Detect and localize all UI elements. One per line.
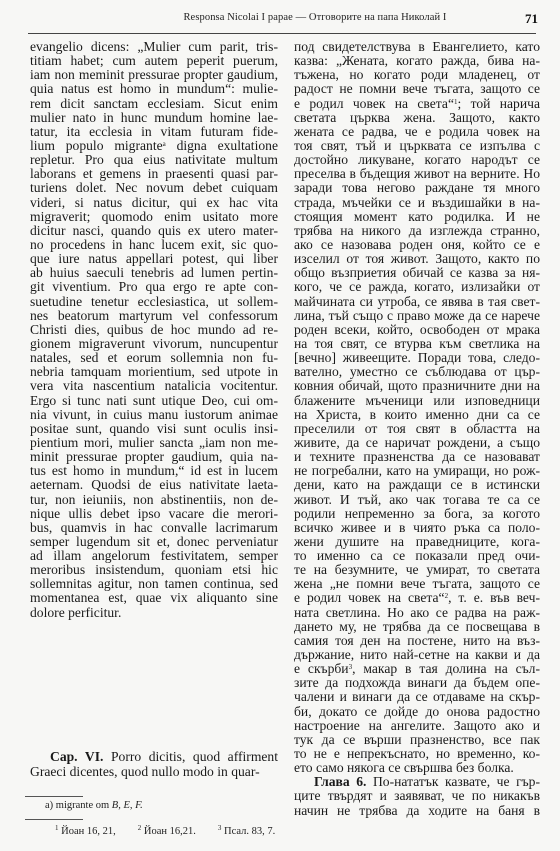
text-line: ето само някога се свършва без болка. — [294, 761, 540, 775]
text-line: лина, тъй също с право може да се нарече — [294, 309, 540, 323]
text-line: то именно са се показали пред очи- — [294, 549, 540, 563]
text-line: тук да се върши празненство, все пак — [294, 733, 540, 747]
text-line: не погребални, като на умиращи, но рож- — [294, 464, 540, 478]
text-line: no procedens in hanc lucem exit, sic quo… — [30, 238, 278, 252]
text-line: laborans et gemens in praesenti quasi pa… — [30, 167, 278, 181]
scripture-reference: 3 Псал. 83, 7. — [218, 826, 275, 837]
text-line: достойно ликуване, когато народът се — [294, 153, 540, 167]
chapter-line: начин не трябва да ходите на баня в — [294, 804, 540, 818]
text-line: на Христа, в които именно дни са се — [294, 408, 540, 422]
text-line: казва: „Жената, когато ражда, бива на- — [294, 54, 540, 68]
text-line: git viventium. Pro qua ergo re apte con- — [30, 280, 278, 294]
text-line: е родил човек на света“1; той нарича — [294, 97, 540, 111]
text-line: под свидетелствува в Евангелието, като — [294, 40, 540, 54]
chapter-label: Cap. VI. — [50, 749, 103, 764]
text-line: блажените мъченици или изповедници — [294, 394, 540, 408]
text-line: би, докато се дойде до онова радостно — [294, 705, 540, 719]
text-line: зите да подхожда винаги да бъдем опе- — [294, 676, 540, 690]
text-line: dolore perficitur. — [30, 606, 278, 620]
text-line: migraverit; quomodo enim usitato more — [30, 210, 278, 224]
text-line: дени, като на раждащи се в истински — [294, 478, 540, 492]
text-line: настроение на ангелите. Защото ако и — [294, 719, 540, 733]
text-line: преселили от тоя свят в областта на — [294, 422, 540, 436]
footnote-rule — [25, 796, 83, 797]
text-line: suetudine tenetur ecclesiastica, ut soll… — [30, 295, 278, 309]
text-line: tur, non ieiuniis, non abstinentiis, non… — [30, 493, 278, 507]
text-line: и техните празненства да се назовават — [294, 450, 540, 464]
scripture-reference: 2 Йоан 16,21. — [138, 826, 196, 837]
text-line: natales, sed et eorum sollemnia non fu- — [30, 351, 278, 365]
text-line: то не е непрекъснато, но временно, ко- — [294, 747, 540, 761]
text-line: titiam habet; cum autem peperit puerum, — [30, 54, 278, 68]
chapter-first-line: Глава 6. По-нататък казвате, че гър- — [294, 775, 540, 789]
text-line: sollemnitas agitur, non tamen continua, … — [30, 577, 278, 591]
text-line: ковния обичай, щото празничните дни на — [294, 379, 540, 393]
chapter-first-line: Cap. VI. Porro dicitis, quod affirment — [30, 750, 278, 765]
text-line: дането му, не трябва да се посвещава в — [294, 620, 540, 634]
text-line: жени душите на праведниците, кога- — [294, 535, 540, 549]
text-line: [вечно] живеещите. Поради това, следо- — [294, 351, 540, 365]
manuscript-sigla: B, E, F. — [112, 800, 143, 811]
text-line: semper lugendum sit et, donec perveniatu… — [30, 535, 278, 549]
text-line: meroribus insistendum, quoniam etsi hic — [30, 563, 278, 577]
chapter-line: ците твърдят и заявяват, че по никакъв — [294, 789, 540, 803]
text-line: nia vivunt, in cuius manu iustorum anima… — [30, 408, 278, 422]
page-number: 71 — [525, 11, 538, 27]
text-line: turiens dolet. Nec novum debet cuiquam — [30, 181, 278, 195]
text-line: жена „не помни вече тъгата, защото се — [294, 577, 540, 591]
text-line: страда, мъчейки се и въздишайки в на- — [294, 196, 540, 210]
text-line: кого, че се ражда, когато, излизайки от — [294, 280, 540, 294]
text-line: радост не помни вече тъгата, защото се — [294, 82, 540, 96]
text-line: lium populo migrantea digna exultatione — [30, 139, 278, 153]
text-line: майчината си утроба, се явява в тая свет… — [294, 295, 540, 309]
reference-footnotes: 1 Йоан 16, 21,2 Йоан 16,21.3 Псал. 83, 7… — [55, 826, 297, 837]
text-line: ната светлина. Но ако се радва на раж- — [294, 606, 540, 620]
text-line: aeternam. Quodsi de eius nativitate laet… — [30, 478, 278, 492]
text-line: positae sunt, quando visi sunt oculis in… — [30, 422, 278, 436]
text-line: quia natus est homo in mundum“: mulie- — [30, 82, 278, 96]
text-line: nebria tamquam morientium, sed utpote in — [30, 365, 278, 379]
text-line: тоя свят, тъй и църквата се изпълва с — [294, 139, 540, 153]
text-line: трябва на никого да изглежда странно, — [294, 224, 540, 238]
text-line: всичко живее и в чиято ръка са поло- — [294, 521, 540, 535]
text-line: живот. И тъй, ако чак тогава те са се — [294, 493, 540, 507]
scripture-reference: 1 Йоан 16, 21, — [55, 826, 116, 837]
text-line: родили непременно за бога, за когото — [294, 507, 540, 521]
text-line: жената се радва, че е родила човек на — [294, 125, 540, 139]
chapter-line: Graeci dicentes, quod nullo modo in quar… — [30, 765, 278, 780]
text-line: стоящия момент като родилка. И не — [294, 210, 540, 224]
text-line: живите, да се наричат рождени, а също — [294, 436, 540, 450]
header-rule — [28, 33, 536, 34]
text-line: evangelio dicens: „Mulier cum parit, tri… — [30, 40, 278, 54]
text-line: minit pressurae propter gaudium, quia na… — [30, 450, 278, 464]
critical-footnote: a) migrante om B, E, F. — [45, 800, 143, 811]
text-line: преселва в бъдещия живот на верните. Но — [294, 167, 540, 181]
text-line: роден всеки, който, освободен от мрака — [294, 323, 540, 337]
text-line: ab huius saeculi tenebris ad lumen perti… — [30, 266, 278, 280]
text-line: repletur. Pro qua eius nativitate multum — [30, 153, 278, 167]
text-line: е родил човек на света“2, т. е. във веч- — [294, 591, 540, 605]
text-line: nique ullis debet ipso vacare die merori… — [30, 507, 278, 521]
bulgarian-column: под свидетелствува в Евангелието, катока… — [294, 40, 540, 818]
text-line: общо възприетия обичай се казва за ня- — [294, 266, 540, 280]
text-line: mulier nato in hunc mundum homine lae- — [30, 111, 278, 125]
text-line: заради това негово раждане тя много — [294, 181, 540, 195]
text-line: ако се назовава роден оня, който се е — [294, 238, 540, 252]
text-line: gionem migraverunt vivorum, nuncupentur — [30, 337, 278, 351]
latin-chapter-vi: Cap. VI. Porro dicitis, quod affirment G… — [30, 750, 278, 779]
text-line: чалени и винаги да се отдаваме на скър- — [294, 690, 540, 704]
text-line: вателно, уместно се съблюдава от цър- — [294, 365, 540, 379]
chapter-label: Глава 6. — [314, 774, 366, 789]
text-line: momentanea est, quae vix aliquanto sine — [30, 591, 278, 605]
text-line: самия тоя ден на постене, нито на въз- — [294, 634, 540, 648]
text-line: videri, si natus dicitur, qui ex hac vit… — [30, 196, 278, 210]
text-line: е скърби3, макар в тая долина на съл- — [294, 662, 540, 676]
text-line: тъжена, но когато роди младенец, от — [294, 68, 540, 82]
text-line: tatur, ita ecclesia in vitam futuram fid… — [30, 125, 278, 139]
text-line: те на безумните, че умират, то светата — [294, 563, 540, 577]
book-page: Responsa Nicolai I papae — Отговорите на… — [0, 0, 560, 851]
latin-column: evangelio dicens: „Mulier cum parit, tri… — [30, 40, 278, 620]
text-line: Ergo si tunc nati sunt utique Deo, cui o… — [30, 394, 278, 408]
text-line: на тоя свят, се втурва към светлика на — [294, 337, 540, 351]
text-line: изселил от тоя живот. Защото, както по — [294, 252, 540, 266]
text-line: tus est homo in mundum,“ id est in lucem — [30, 464, 278, 478]
text-line: pientium mori, mulier sancta „iam non me… — [30, 436, 278, 450]
text-line: bus, quamvis in hac convalle lacrimarum — [30, 521, 278, 535]
text-line: que iure natus appellari potest, qui lib… — [30, 252, 278, 266]
running-head: Responsa Nicolai I papae — Отговорите на… — [120, 12, 510, 23]
text-line: vera vita nascentium natalicia vocitentu… — [30, 379, 278, 393]
text-line: ad illam angelorum festivitatem, semper — [30, 549, 278, 563]
text-line: dicitur nasci, quando quis ex utero mate… — [30, 224, 278, 238]
text-line: rem dicit sanctam ecclesiam. Sicut enim — [30, 97, 278, 111]
text-line: nes beatorum martyrum vel confessorum — [30, 309, 278, 323]
text-line: iam non meminit pressurae propter gaudiu… — [30, 68, 278, 82]
footnote-rule-2 — [25, 819, 83, 820]
text-line: светата църква жена. Защото, както — [294, 111, 540, 125]
text-line: държание, нито най-сетне на какви и да — [294, 648, 540, 662]
text-line: Christi dies, quibus de hoc mundo ad re- — [30, 323, 278, 337]
